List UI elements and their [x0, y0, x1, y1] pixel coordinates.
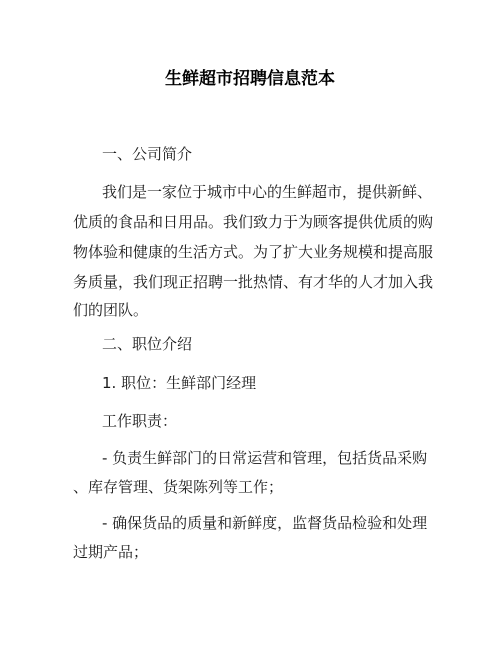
duty-line: 过期产品；	[73, 541, 148, 562]
duty-line: - 确保货品的质量和新鲜度，监督货品检验和处理	[102, 512, 427, 533]
section-heading-position: 二、职位介绍	[102, 333, 192, 354]
position-title: 1. 职位：生鲜部门经理	[102, 372, 256, 393]
duty-line: - 负责生鲜部门的日常运营和管理，包括货品采购	[102, 447, 427, 468]
section-heading-company: 一、公司简介	[102, 143, 192, 164]
document-title: 生鲜超市招聘信息范本	[0, 64, 500, 89]
paragraph-line: 物体验和健康的生活方式。为了扩大业务规模和提高服	[73, 241, 433, 262]
paragraph-line: 们的团队。	[73, 299, 148, 320]
duties-label: 工作职责：	[102, 410, 177, 431]
duty-line: 、库存管理、货架陈列等工作；	[73, 476, 283, 497]
paragraph-line: 务质量，我们现正招聘一批热情、有才华的人才加入我	[73, 271, 433, 292]
paragraph-line: 优质的食品和日用品。我们致力于为顾客提供优质的购	[73, 211, 433, 232]
paragraph-line: 我们是一家位于城市中心的生鲜超市，提供新鲜、	[102, 181, 432, 202]
